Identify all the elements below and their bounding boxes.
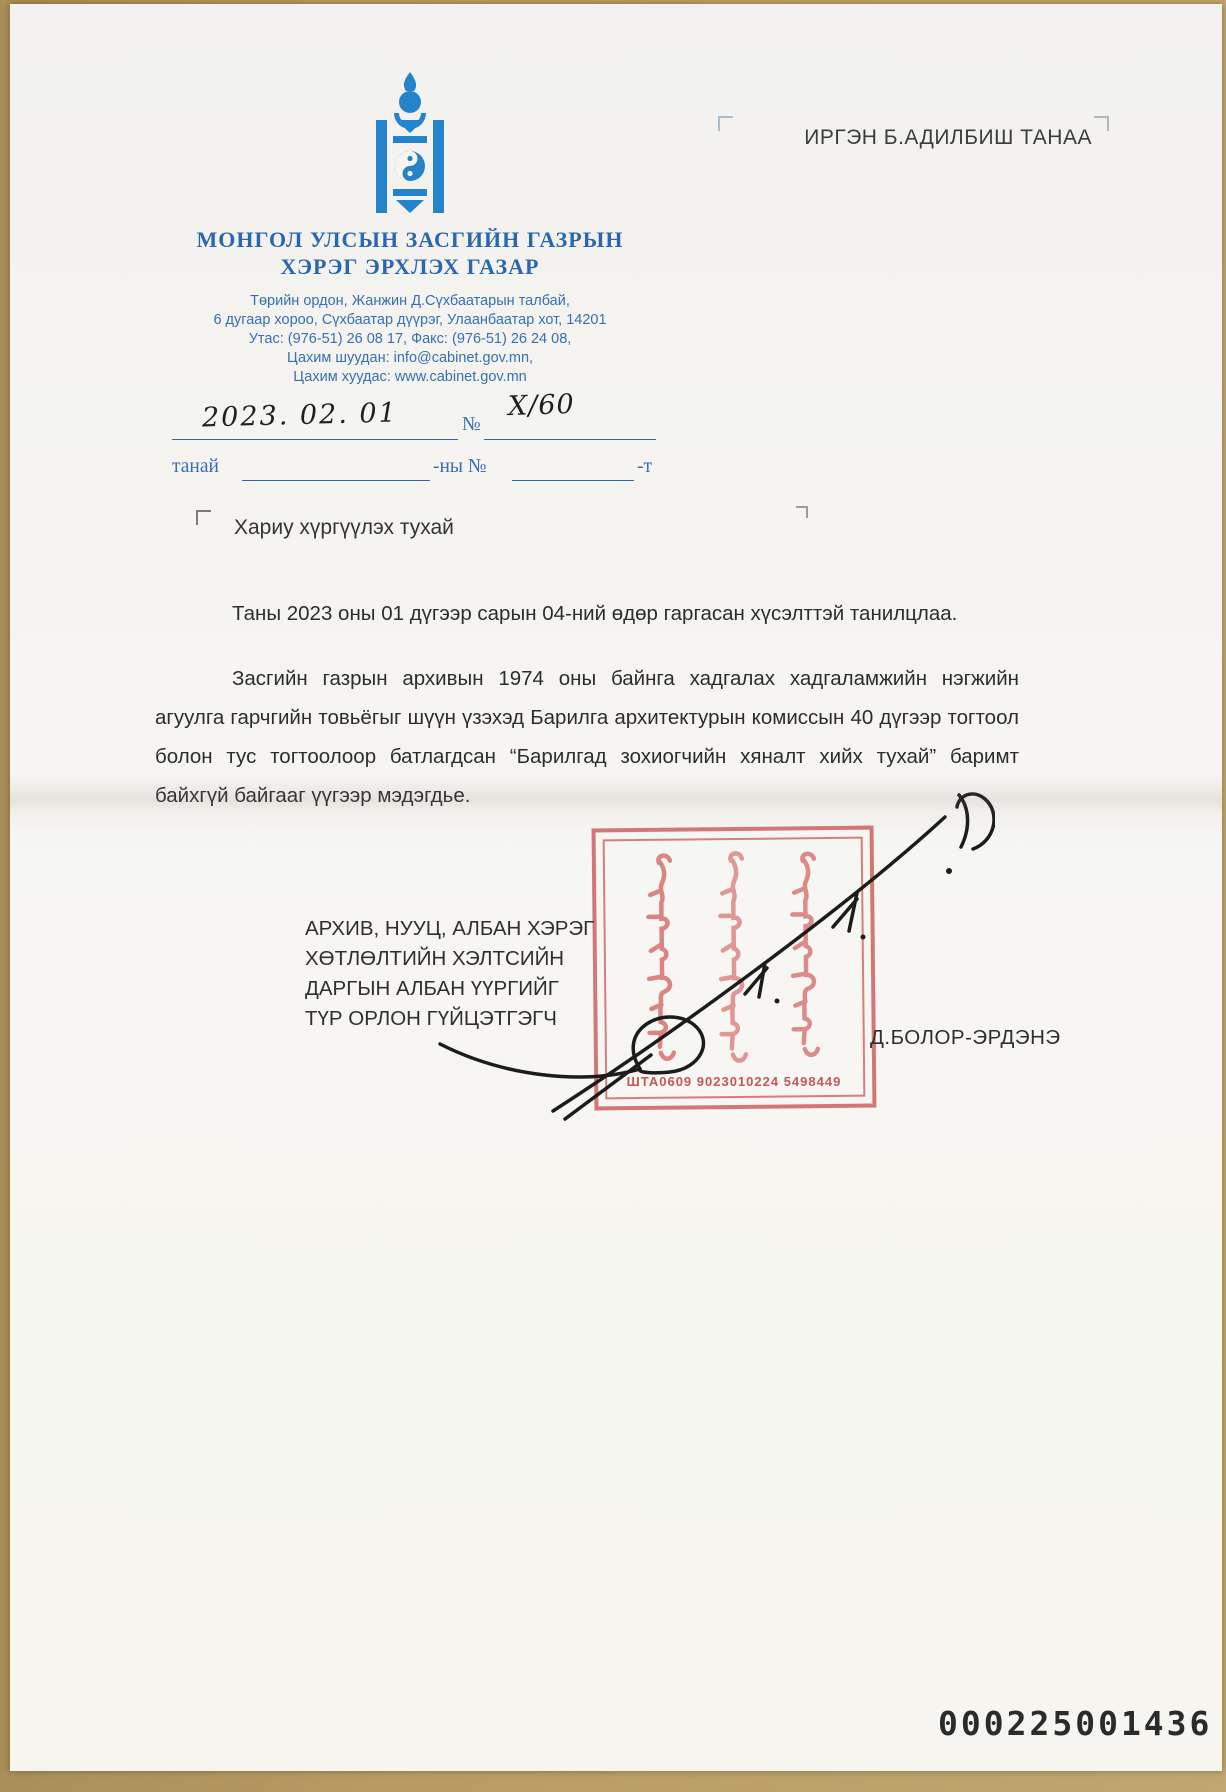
your-ref-underline-2 — [512, 479, 634, 481]
handwritten-doc-number: Х/60 — [507, 389, 575, 422]
crop-mark-subject-right — [796, 506, 808, 518]
org-name: МОНГОЛ УЛСЫН ЗАСГИЙН ГАЗРЫН ХЭРЭГ ЭРХЛЭХ… — [180, 226, 640, 280]
letter-paper: МОНГОЛ УЛСЫН ЗАСГИЙН ГАЗРЫН ХЭРЭГ ЭРХЛЭХ… — [10, 4, 1222, 1771]
scanned-letter: { "recipient": { "label": "ИРГЭН Б.АДИЛБ… — [0, 0, 1226, 1792]
org-name-line1: МОНГОЛ УЛСЫН ЗАСГИЙН ГАЗРЫН — [180, 226, 640, 253]
your-ref-label: танай — [172, 456, 219, 478]
your-ref-middle: -ны № — [433, 456, 487, 478]
registration-number: 000225001436 — [938, 1704, 1212, 1743]
address-line: Утас: (976-51) 26 08 17, Факс: (976-51) … — [180, 330, 640, 350]
org-name-line2: ХЭРЭГ ЭРХЛЭХ ГАЗАР — [180, 253, 640, 280]
handwritten-signature-ink — [425, 779, 995, 1124]
recipient-line: ИРГЭН Б.АДИЛБИШ ТАНАА — [750, 126, 1092, 150]
date-underline — [172, 438, 458, 440]
number-underline — [484, 438, 656, 440]
your-ref-suffix: -т — [637, 456, 652, 478]
number-sign: № — [462, 414, 481, 436]
address-line: 6 дугаар хороо, Сүхбаатар дүүрэг, Улаанб… — [180, 311, 640, 331]
crop-mark-recipient-right — [1094, 116, 1109, 131]
subject-line: Хариу хүргүүлэх тухай — [234, 516, 454, 540]
government-emblem-soyombo-icon — [363, 70, 457, 214]
handwritten-date: 2023. 02. 01 — [202, 397, 399, 433]
crop-mark-subject-left — [196, 510, 211, 525]
address-line: Төрийн ордон, Жанжин Д.Сүхбаатарын талба… — [180, 292, 640, 312]
address-line: Цахим шуудан: info@cabinet.gov.mn, — [180, 349, 640, 369]
body-paragraph-1: Таны 2023 оны 01 дүгээр сарын 04-ний өдө… — [232, 602, 1032, 626]
address-line: Цахим хуудас: www.cabinet.gov.mn — [180, 368, 640, 388]
your-ref-underline-1 — [242, 479, 430, 481]
crop-mark-recipient-left — [718, 116, 733, 131]
